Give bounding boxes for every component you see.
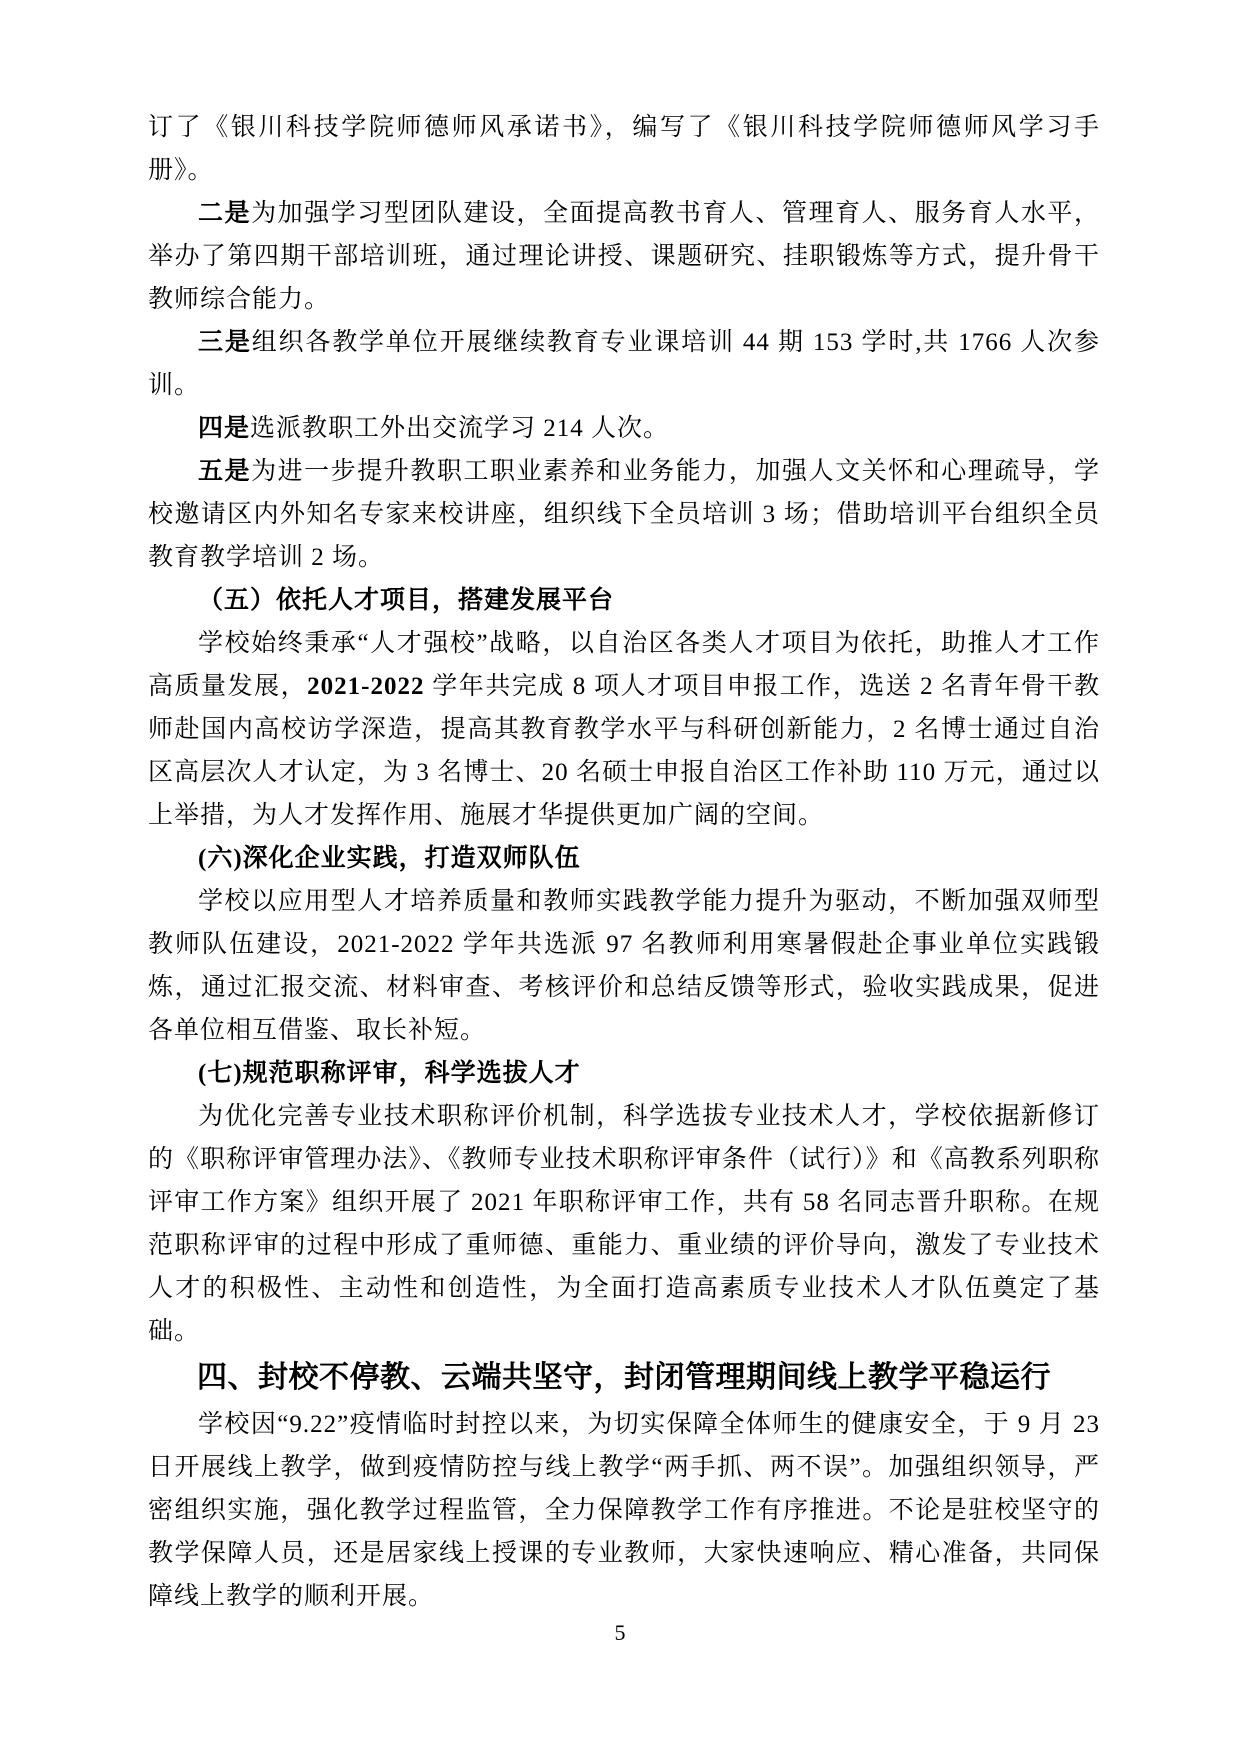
text-run: 组织各教学单位开展继续教育专业课培训 44 期 153 学时,共 1766 人次… bbox=[148, 329, 1100, 399]
paragraph-item-3: 三是组织各教学单位开展继续教育专业课培训 44 期 153 学时,共 1766 … bbox=[148, 321, 1100, 407]
paragraph-talent-projects: 学校始终秉承“人才强校”战略，以自治区各类人才项目为依托，助推人才工作高质量发展… bbox=[148, 622, 1100, 837]
paragraph-title-review: 为优化完善专业技术职称评价机制，科学选拔专业技术人才，学校依据新修订的《职称评审… bbox=[148, 1095, 1100, 1353]
text-run: 学校以应用型人才培养质量和教师实践教学能力提升为驱动，不断加强双师型教师队伍建设… bbox=[148, 888, 1100, 1044]
list-lead-bold: 四是 bbox=[198, 415, 250, 442]
document-page: 订了《银川科技学院师德师风承诺书》，编写了《银川科技学院师德师风学习手册》。 二… bbox=[0, 0, 1240, 1753]
bold-year-range: 2021-2022 bbox=[307, 673, 424, 700]
text-run: 订了《银川科技学院师德师风承诺书》，编写了《银川科技学院师德师风学习手册》。 bbox=[148, 114, 1100, 184]
subheading-6: (六)深化企业实践，打造双师队伍 bbox=[148, 837, 1100, 880]
paragraph-item-5: 五是为进一步提升教职工职业素养和业务能力，加强人文关怀和心理疏导，学校邀请区内外… bbox=[148, 450, 1100, 579]
paragraph-continuation: 订了《银川科技学院师德师风承诺书》，编写了《银川科技学院师德师风学习手册》。 bbox=[148, 106, 1100, 192]
heading-text: (七)规范职称评审，科学选拔人才 bbox=[198, 1060, 581, 1087]
heading-text: (六)深化企业实践，打造双师队伍 bbox=[198, 845, 581, 872]
paragraph-item-4: 四是选派教职工外出交流学习 214 人次。 bbox=[148, 407, 1100, 450]
text-run: 选派教职工外出交流学习 214 人次。 bbox=[250, 415, 669, 442]
list-lead-bold: 三是 bbox=[198, 329, 252, 356]
paragraph-enterprise-practice: 学校以应用型人才培养质量和教师实践教学能力提升为驱动，不断加强双师型教师队伍建设… bbox=[148, 880, 1100, 1052]
text-run: 学校因“9.22”疫情临时封控以来，为切实保障全体师生的健康安全，于 9 月 2… bbox=[148, 1411, 1100, 1610]
list-lead-bold: 五是 bbox=[198, 458, 251, 485]
page-number: 5 bbox=[0, 1620, 1240, 1646]
subheading-5: （五）依托人才项目，搭建发展平台 bbox=[148, 579, 1100, 622]
document-body: 订了《银川科技学院师德师风承诺书》，编写了《银川科技学院师德师风学习手册》。 二… bbox=[148, 106, 1100, 1618]
section-heading-4: 四、封校不停教、云端共坚守，封闭管理期间线上教学平稳运行 bbox=[148, 1353, 1100, 1403]
text-run: 为优化完善专业技术职称评价机制，科学选拔专业技术人才，学校依据新修订的《职称评审… bbox=[148, 1103, 1100, 1345]
subheading-7: (七)规范职称评审，科学选拔人才 bbox=[148, 1052, 1100, 1095]
text-run: 为加强学习型团队建设，全面提高教书育人、管理育人、服务育人水平，举办了第四期干部… bbox=[148, 200, 1100, 313]
paragraph-online-teaching: 学校因“9.22”疫情临时封控以来，为切实保障全体师生的健康安全，于 9 月 2… bbox=[148, 1403, 1100, 1618]
heading-text: （五）依托人才项目，搭建发展平台 bbox=[198, 587, 614, 614]
paragraph-item-2: 二是为加强学习型团队建设，全面提高教书育人、管理育人、服务育人水平，举办了第四期… bbox=[148, 192, 1100, 321]
heading-text: 四、封校不停教、云端共坚守，封闭管理期间线上教学平稳运行 bbox=[197, 1361, 1051, 1394]
list-lead-bold: 二是 bbox=[198, 200, 251, 227]
page-number-text: 5 bbox=[615, 1620, 626, 1645]
text-run: 为进一步提升教职工职业素养和业务能力，加强人文关怀和心理疏导，学校邀请区内外知名… bbox=[148, 458, 1100, 571]
